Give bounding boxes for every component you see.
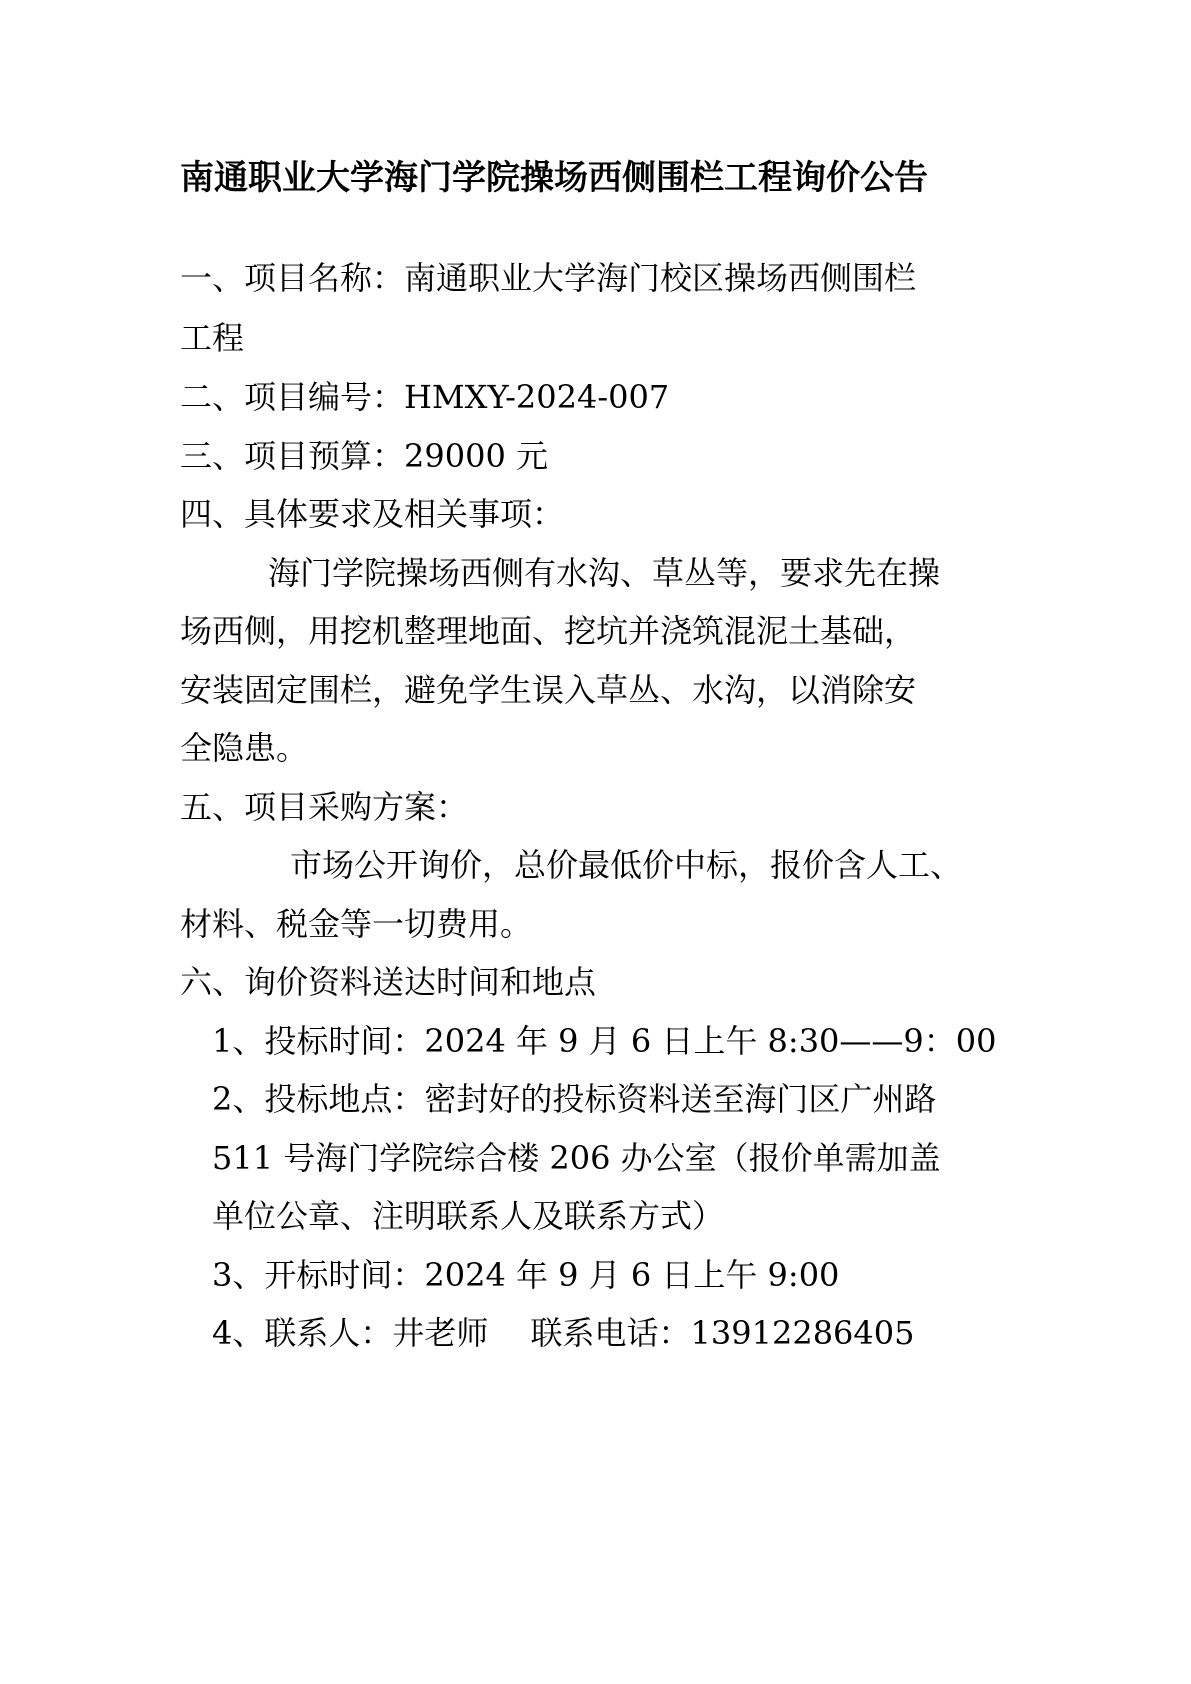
bid-location-item-line2: 511 号海门学院综合楼 206 办公室（报价单需加盖	[212, 1138, 941, 1178]
requirements-paragraph-line3: 安装固定围栏，避免学生误入草丛、水沟，以消除安	[180, 670, 916, 710]
project-name-line: 一、项目名称：南通职业大学海门校区操场西侧围栏	[180, 258, 916, 298]
requirements-paragraph-line4: 全隐患。	[180, 728, 308, 768]
submission-heading: 六、询价资料送达时间和地点	[180, 962, 596, 1002]
procurement-paragraph: 市场公开询价，总价最低价中标，报价含人工、	[290, 845, 962, 885]
bid-location-item-line3: 单位公章、注明联系人及联系方式）	[212, 1196, 724, 1236]
project-number-line: 二、项目编号：HMXY-2024-007	[180, 377, 669, 417]
requirements-paragraph-line2: 场西侧，用挖机整理地面、挖坑并浇筑混泥土基础，	[180, 611, 916, 651]
bid-location-item: 2、投标地点：密封好的投标资料送至海门区广州路	[212, 1079, 936, 1119]
bid-time-item: 1、投标时间：2024 年 9 月 6 日上午 8:30——9：00	[212, 1021, 997, 1061]
opening-time-item: 3、开标时间：2024 年 9 月 6 日上午 9:00	[212, 1255, 839, 1295]
procurement-paragraph-line2: 材料、税金等一切费用。	[180, 904, 532, 944]
requirements-paragraph: 海门学院操场西侧有水沟、草丛等，要求先在操	[268, 553, 940, 593]
requirements-heading: 四、具体要求及相关事项：	[180, 494, 564, 534]
project-budget-line: 三、项目预算：29000 元	[180, 436, 548, 476]
procurement-heading: 五、项目采购方案：	[180, 787, 468, 827]
project-name-line-cont: 工程	[180, 318, 244, 358]
contact-item: 4、联系人：井老师 联系电话：13912286405	[212, 1313, 915, 1353]
document-title: 南通职业大学海门学院操场西侧围栏工程询价公告	[180, 150, 928, 199]
